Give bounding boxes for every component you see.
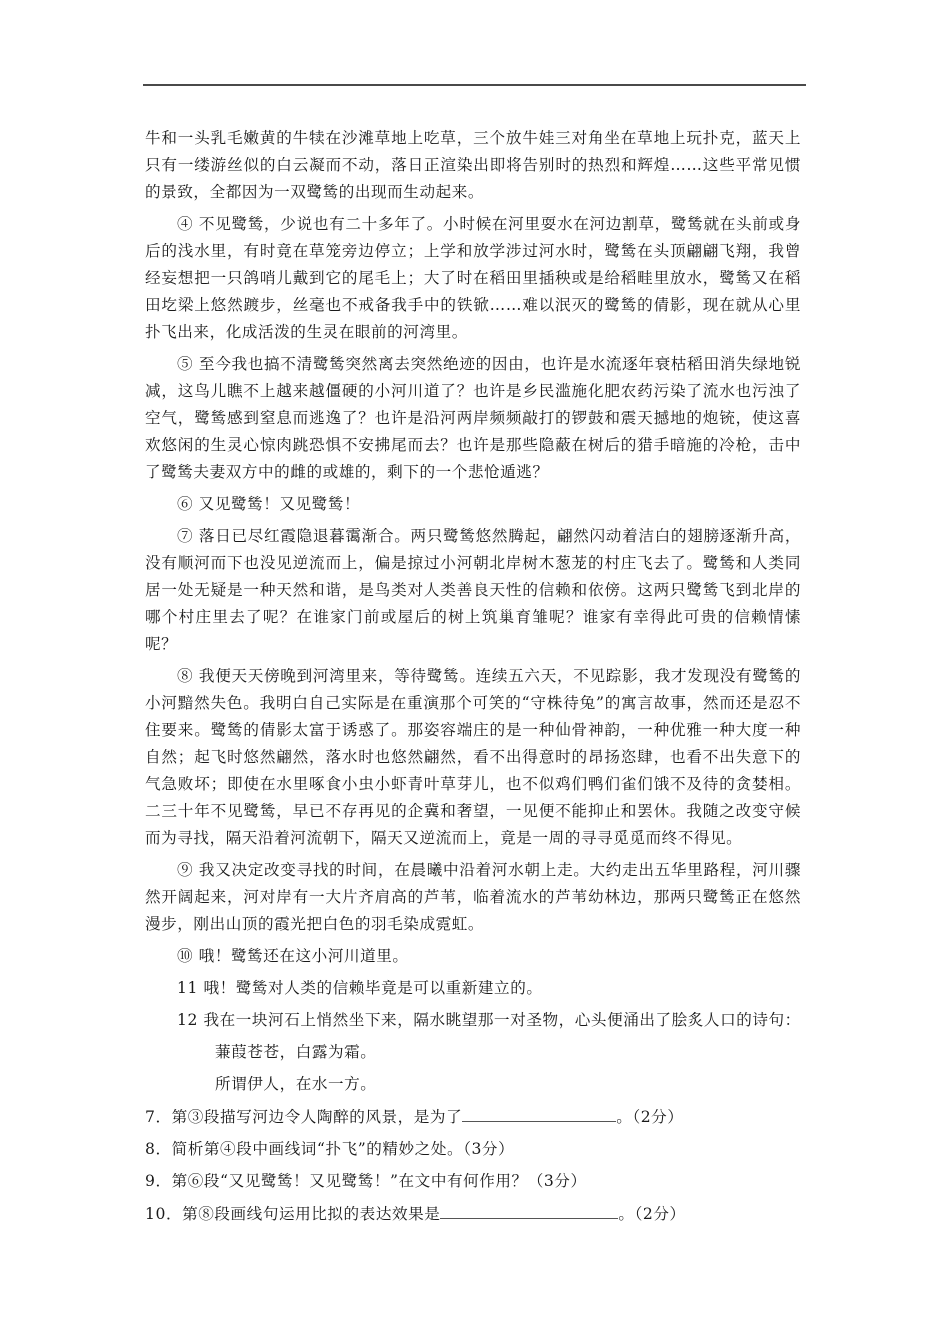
question-text: 第⑥段“又见鹭鸶！又见鹭鸶！”在文中有何作用？（3分） xyxy=(172,1172,587,1190)
paragraph-marker: ⑤ xyxy=(177,355,193,373)
header-rule xyxy=(143,84,806,86)
question-text: 简析第④段中画线词“扑飞”的精妙之处。（3分） xyxy=(172,1140,515,1158)
paragraph-marker: ⑩ xyxy=(177,947,193,965)
paragraph-text: 我便天天傍晚到河湾里来，等待鹭鸶。连续五六天，不见踪影，我才发现没有鹭鸶的小河黯… xyxy=(145,667,801,847)
paragraph-4: ④ 不见鹭鸶，少说也有二十多年了。小时候在河里耍水在河边割草，鹭鸶就在头前或身后… xyxy=(145,211,801,346)
question-number: 9． xyxy=(145,1172,172,1190)
question-10: 10．第⑧段画线句运用比拟的表达效果是。（2分） xyxy=(145,1200,801,1228)
paragraph-text: 至今我也搞不清鹭鸶突然离去突然绝迹的因由，也许是水流逐年衰枯稻田消失绿地锐减，这… xyxy=(145,355,801,481)
paragraph-marker: ⑥ xyxy=(177,495,193,513)
paragraph-text: 不见鹭鸶，少说也有二十多年了。小时候在河里耍水在河边割草，鹭鸶就在头前或身后的浅… xyxy=(145,215,801,341)
paragraph-marker: ⑨ xyxy=(177,861,193,879)
question-9: 9．第⑥段“又见鹭鸶！又见鹭鸶！”在文中有何作用？（3分） xyxy=(145,1168,801,1195)
question-score: 。（2分） xyxy=(616,1108,683,1126)
paragraph-marker: 11 xyxy=(177,979,198,997)
question-text: 第③段描写河边令人陶醉的风景，是为了 xyxy=(172,1108,463,1126)
paragraph-text: 我又决定改变寻找的时间，在晨曦中沿着河水朝上走。大约走出五华里路程，河川骤然开阔… xyxy=(145,861,801,933)
paragraph-text: 哦！鹭鸶还在这小河川道里。 xyxy=(199,947,409,965)
question-text: 第⑧段画线句运用比拟的表达效果是 xyxy=(182,1205,440,1223)
paragraph-10: ⑩ 哦！鹭鸶还在这小河川道里。 xyxy=(145,943,801,970)
paragraph-12: 12 我在一块河石上悄然坐下来，隔水眺望那一对圣物，心头便涌出了脍炙人口的诗句： xyxy=(145,1007,801,1034)
article-body: 牛和一头乳毛嫩黄的牛犊在沙滩草地上吃草，三个放牛娃三对角坐在草地上玩扑克，蓝天上… xyxy=(145,125,801,1233)
question-7: 7．第③段描写河边令人陶醉的风景，是为了。（2分） xyxy=(145,1103,801,1131)
paragraph-6: ⑥ 又见鹭鸶！又见鹭鸶！ xyxy=(145,491,801,518)
question-8: 8．简析第④段中画线词“扑飞”的精妙之处。（3分） xyxy=(145,1136,801,1163)
poem-line-2: 所谓伊人，在水一方。 xyxy=(145,1071,801,1098)
paragraph-text: 哦！鹭鸶对人类的信赖毕竟是可以重新建立的。 xyxy=(203,979,542,997)
question-number: 8． xyxy=(145,1140,172,1158)
paragraph-marker: ⑦ xyxy=(177,527,193,545)
paragraph-8: ⑧ 我便天天傍晚到河湾里来，等待鹭鸶。连续五六天，不见踪影，我才发现没有鹭鸶的小… xyxy=(145,663,801,852)
paragraph-11: 11 哦！鹭鸶对人类的信赖毕竟是可以重新建立的。 xyxy=(145,975,801,1002)
question-score: 。（2分） xyxy=(618,1205,685,1223)
question-number: 7． xyxy=(145,1108,172,1126)
answer-blank[interactable] xyxy=(462,1103,616,1122)
question-number: 10． xyxy=(145,1205,182,1223)
continuation-paragraph: 牛和一头乳毛嫩黄的牛犊在沙滩草地上吃草，三个放牛娃三对角坐在草地上玩扑克，蓝天上… xyxy=(145,125,801,206)
paragraph-marker: 12 xyxy=(177,1011,198,1029)
paragraph-9: ⑨ 我又决定改变寻找的时间，在晨曦中沿着河水朝上走。大约走出五华里路程，河川骤然… xyxy=(145,857,801,938)
document-page: 牛和一头乳毛嫩黄的牛犊在沙滩草地上吃草，三个放牛娃三对角坐在草地上玩扑克，蓝天上… xyxy=(0,0,950,1344)
paragraph-text: 又见鹭鸶！又见鹭鸶！ xyxy=(199,495,360,513)
poem-line-1: 蒹葭苍苍，白露为霜。 xyxy=(145,1039,801,1066)
paragraph-7: ⑦ 落日已尽红霞隐退暮霭渐合。两只鹭鸶悠然腾起，翩然闪动着洁白的翅膀逐渐升高，没… xyxy=(145,523,801,658)
paragraph-text: 我在一块河石上悄然坐下来，隔水眺望那一对圣物，心头便涌出了脍炙人口的诗句： xyxy=(203,1011,800,1029)
answer-blank[interactable] xyxy=(440,1200,618,1219)
paragraph-5: ⑤ 至今我也搞不清鹭鸶突然离去突然绝迹的因由，也许是水流逐年衰枯稻田消失绿地锐减… xyxy=(145,351,801,486)
paragraph-text: 落日已尽红霞隐退暮霭渐合。两只鹭鸶悠然腾起，翩然闪动着洁白的翅膀逐渐升高，没有顺… xyxy=(145,527,801,653)
paragraph-marker: ④ xyxy=(177,215,193,233)
paragraph-marker: ⑧ xyxy=(177,667,193,685)
